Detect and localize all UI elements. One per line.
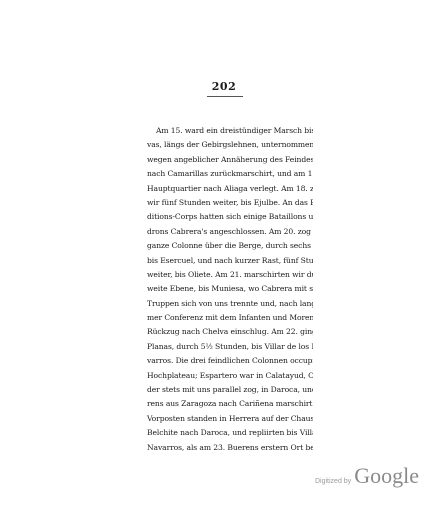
text-line: Hochplateau; Espartero war in Calatayud,… (147, 369, 313, 383)
text-line: rens aus Zaragoza nach Cariñena marschir… (147, 397, 313, 411)
text-line: ganze Colonne über die Berge, durch sech… (147, 239, 313, 253)
text-line: Truppen sich von uns trennte und, nach l… (147, 297, 313, 311)
text-line: wegen angeblicher Annäherung des Feindes… (147, 153, 313, 167)
text-line: Vorposten standen in Herrera auf der Cha… (147, 412, 313, 426)
text-line: weite Ebene, bis Muniesa, wo Cabrera mit… (147, 282, 313, 296)
text-line: vas, längs der Gebirgslehnen, unternomme… (147, 138, 313, 152)
text-line: Navarros, als am 23. Buerens erstern Ort… (147, 441, 313, 455)
text-line: drons Cabrera's angeschlossen. Am 20. zo… (147, 225, 313, 239)
text-line: ditions-Corps hatten sich einige Bataill… (147, 210, 313, 224)
header-rule (207, 96, 243, 97)
text-line: Belchite nach Daroca, und repliirten bis… (147, 426, 313, 440)
google-logo: Google (354, 463, 419, 489)
text-line: varros. Die drei feindlichen Colonnen oc… (147, 354, 313, 368)
text-line: weiter, bis Oliete. Am 21. marschirten w… (147, 268, 313, 282)
watermark-prefix: Digitized by (315, 478, 351, 485)
page-number: 202 (0, 80, 448, 93)
text-line: mer Conferenz mit dem Infanten und Moren… (147, 311, 313, 325)
text-line: Rückzug nach Chelva einschlug. Am 22. gi… (147, 325, 313, 339)
text-line: Am 15. ward ein dreistündiger Marsch bis… (147, 124, 313, 138)
text-line: Hauptquartier nach Aliaga verlegt. Am 18… (147, 182, 313, 196)
text-line: Planas, durch 5½ Stunden, bis Villar de … (147, 340, 313, 354)
text-line: bis Esercuel, und nach kurzer Rast, fünf… (147, 254, 313, 268)
body-text: Am 15. ward ein dreistündiger Marsch bis… (147, 124, 313, 455)
text-line: wir fünf Stunden weiter, bis Ejulbe. An … (147, 196, 313, 210)
text-line: nach Camarillas zurückmarschirt, und am … (147, 167, 313, 181)
text-line: der stets mit uns parallel zog, in Daroc… (147, 383, 313, 397)
digitized-by-google-watermark: Digitized by Google (315, 463, 419, 489)
